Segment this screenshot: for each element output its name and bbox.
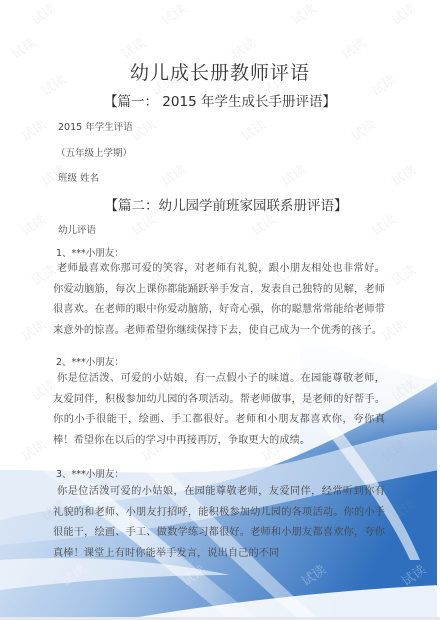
entry-2-text: 你是位活泼、可爱的小姑娘，有一点假小子的味道。在园能尊敬老师，友爱同伴，积极参加… [53,369,385,451]
section2-subtitle: 幼儿评语 [58,222,96,236]
entry-3-text: 你是位活泼可爱的小姑娘，在园能尊敬老师，友爱同伴，经常听到你有礼貌的和老师、小朋… [53,482,385,564]
section1-line-year: 2015 年学生评语 [58,119,133,133]
document-title: 幼儿成长册教师评语 [0,58,440,85]
entry-3-label: 3、***小朋友： [56,466,124,480]
entry-1-label: 1、***小朋友： [56,245,124,259]
entry-1-text: 老师最喜欢你那可爱的笑容，对老师有礼貌，跟小朋友相处也非常好。你爱动脑筋，每次上… [53,259,385,341]
section1-line-semester: （五年级上学期） [56,145,132,159]
entry-2-label: 2、***小朋友： [56,354,124,368]
document-page: 试读 试读 试读 试读 试读 试读 试读 试读 试读 试读 试读 试读 试读 试… [0,0,440,620]
section2-heading: 【篇二：幼儿园学前班家园联系册评语】 [6,194,440,214]
section1-heading: 【篇一： 2015 年学生成长手册评语】 [0,90,440,110]
section1-line-class-name: 班级 姓名 [58,170,99,184]
document-content: 幼儿成长册教师评语 【篇一： 2015 年学生成长手册评语】 2015 年学生评… [0,0,440,620]
